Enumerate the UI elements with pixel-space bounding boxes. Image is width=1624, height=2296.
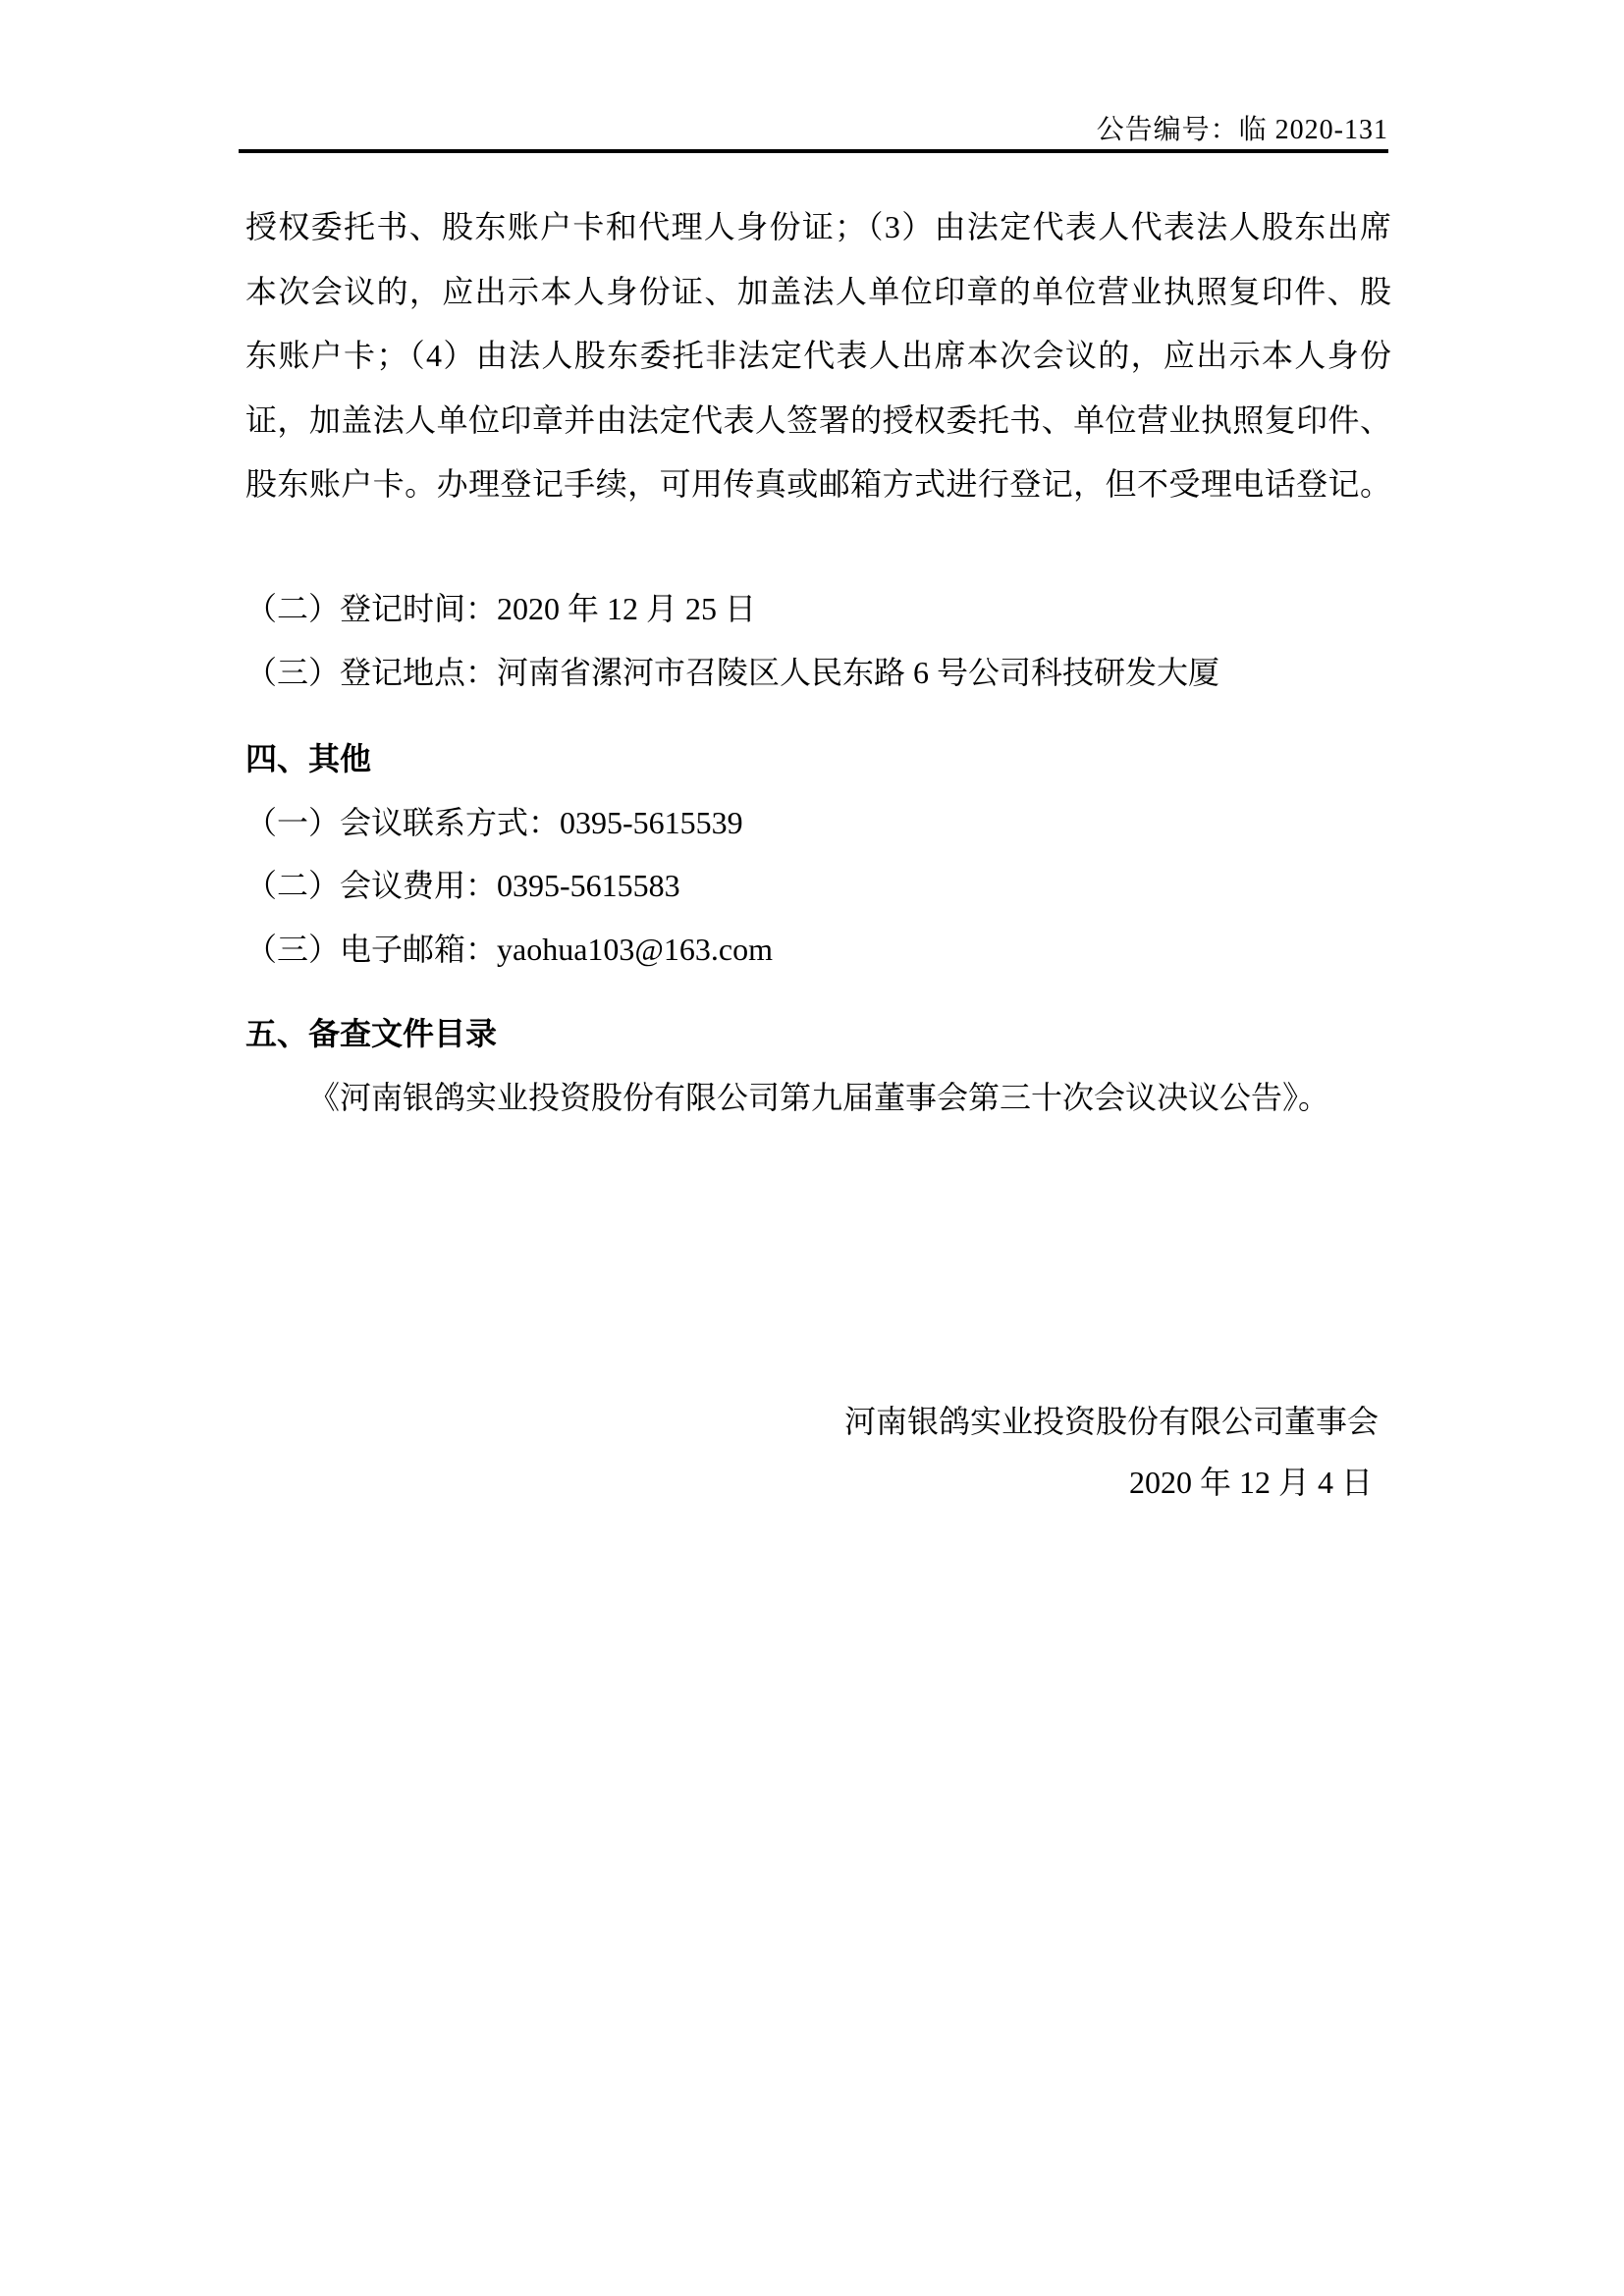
paragraph-line: 东账户卡；（4）由法人股东委托非法定代表人出席本次会议的，应出示本人身份 xyxy=(245,324,1391,389)
document-page: 公告编号：临 2020-131 授权委托书、股东账户卡和代理人身份证；（3）由法… xyxy=(0,0,1624,2296)
section-other-heading: 四、其他 xyxy=(245,727,1391,791)
registration-place-line: （三）登记地点：河南省漯河市召陵区人民东路 6 号公司科技研发大厦 xyxy=(245,641,1391,705)
contact-phone-line: （一）会议联系方式：0395-5615539 xyxy=(245,791,1391,855)
paragraph-line: 股东账户卡。办理登记手续，可用传真或邮箱方式进行登记，但不受理电话登记。 xyxy=(245,453,1391,517)
meeting-fee-line: （二）会议费用：0395-5615583 xyxy=(245,854,1391,918)
email-line: （三）电子邮箱：yaohua103@163.com xyxy=(245,918,1391,982)
announcement-number: 公告编号：临 2020-131 xyxy=(239,116,1388,145)
paragraph-line: 证，加盖法人单位印章并由法定代表人签署的授权委托书、单位营业执照复印件、 xyxy=(245,389,1391,454)
paragraph-line: 授权委托书、股东账户卡和代理人身份证；（3）由法定代表人代表法人股东出席 xyxy=(245,195,1391,260)
paragraph-line: 本次会议的，应出示本人身份证、加盖法人单位印章的单位营业执照复印件、股 xyxy=(245,260,1391,325)
document-list-item: 《河南银鸽实业投资股份有限公司第九届董事会第三十次会议决议公告》。 xyxy=(245,1066,1454,1130)
registration-time-line: （二）登记时间：2020 年 12 月 25 日 xyxy=(245,577,1391,641)
section-documents-heading: 五、备查文件目录 xyxy=(245,1002,1391,1066)
signature-company: 河南银鸽实业投资股份有限公司董事会 xyxy=(844,1390,1379,1454)
registration-requirements-paragraph: 授权委托书、股东账户卡和代理人身份证；（3）由法定代表人代表法人股东出席 本次会… xyxy=(245,195,1391,517)
signature-date: 2020 年 12 月 4 日 xyxy=(1129,1451,1373,1515)
header-rule xyxy=(239,149,1388,153)
